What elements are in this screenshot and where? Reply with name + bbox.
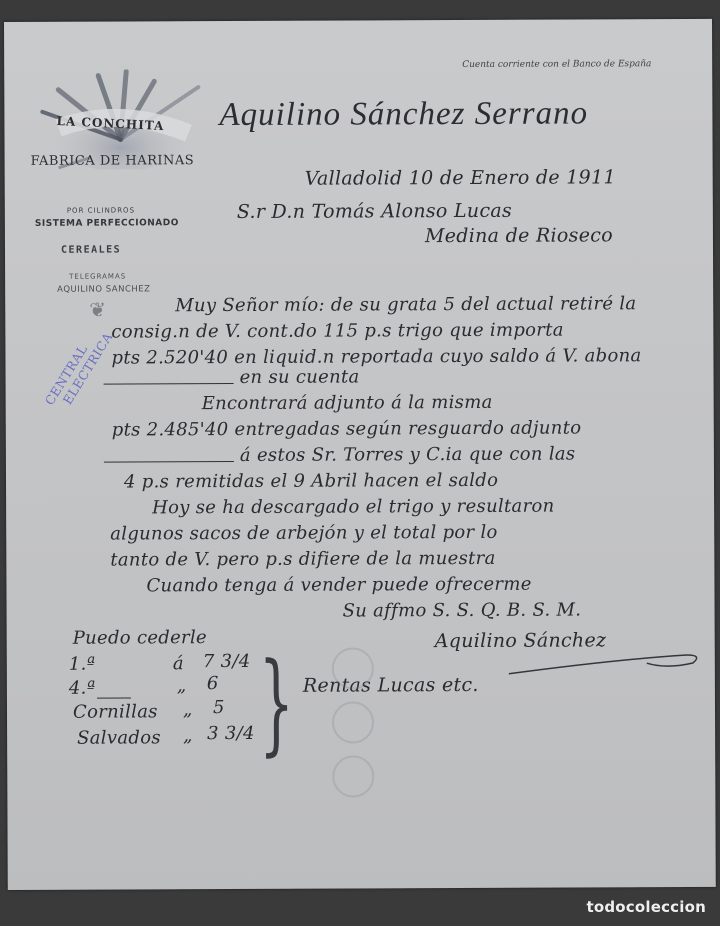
prices-heading: Puedo cederle	[73, 627, 207, 649]
embossed-stamp-mark	[325, 640, 382, 810]
signature-flourish	[507, 649, 707, 680]
price-label: 1.ª	[69, 654, 96, 675]
body-line: Muy Señor mío: de su grata 5 del actual …	[175, 293, 636, 316]
price-value: 3 3/4	[207, 723, 255, 744]
place-date: Valladolid 10 de Enero de 1911	[305, 166, 616, 189]
todocoleccion-watermark: todocoleccion	[586, 898, 706, 916]
bank-account-note: Cuenta corriente con el Banco de España	[462, 59, 651, 70]
body-line: 4 p.s remitidas el 9 Abril hacen el sald…	[124, 470, 498, 493]
letterhead-process-line1: POR CILINDROS	[67, 206, 135, 214]
body-line: consig.n de V. cont.do 115 p.s trigo que…	[111, 320, 563, 343]
price-value: 7 3/4	[203, 651, 251, 672]
body-line: Encontrará adjunto á la misma	[202, 392, 493, 414]
letterhead-process-line2: SISTEMA PERFECCIONADO	[35, 218, 179, 229]
body-line: á estos Sr. Torres y C.ia que con las	[240, 444, 576, 466]
letter-paper: Cuenta corriente con el Banco de España …	[4, 19, 716, 890]
letterhead-location: CEREALES	[61, 244, 121, 255]
body-line: Cuando tenga á vender puede ofrecerme	[146, 574, 531, 597]
recipient-name: S.r D.n Tomás Alonso Lucas	[237, 200, 512, 223]
ruled-line	[104, 461, 234, 463]
price-sep: „	[183, 725, 193, 746]
closing-salutation: Su affmo S. S. Q. B. S. M.	[343, 599, 582, 621]
letterhead-factory: FABRICA DE HARINAS	[31, 153, 195, 169]
body-line: pts 2.520'40 en liquid.n reportada cuyo …	[111, 345, 641, 368]
price-sep: „	[177, 675, 187, 696]
price-label: Salvados	[77, 727, 161, 748]
central-electrica-stamp: CENTRAL ELECTRICA	[42, 322, 116, 416]
price-label: Cornillas	[73, 701, 158, 722]
recipient-location: Medina de Rioseco	[425, 224, 613, 247]
letterhead-telegrams-name: AQUILINO SANCHEZ	[57, 284, 150, 294]
body-line: algunos sacos de arbejón y el total por …	[110, 522, 497, 545]
price-sep: á	[173, 653, 184, 674]
body-line: pts 2.485'40 entregadas según resguardo …	[112, 417, 582, 440]
curly-brace: }	[259, 653, 294, 753]
ruled-line	[104, 383, 234, 385]
letterhead-telegrams-label: TELEGRAMAS	[69, 272, 126, 280]
firm-name: Aquilino Sánchez Serrano	[219, 95, 588, 134]
body-line: tanto de V. pero p.s difiere de la muest…	[110, 548, 495, 571]
price-sep: „	[183, 699, 193, 720]
price-label: 4.ª	[69, 678, 96, 699]
price-value: 5	[213, 697, 225, 718]
body-line: Hoy se ha descargado el trigo y resultar…	[152, 496, 554, 519]
ruled-line	[97, 697, 131, 698]
body-line: en su cuenta	[240, 366, 360, 388]
fleur-ornament-icon: ❦	[89, 298, 106, 322]
price-value: 6	[207, 673, 219, 694]
